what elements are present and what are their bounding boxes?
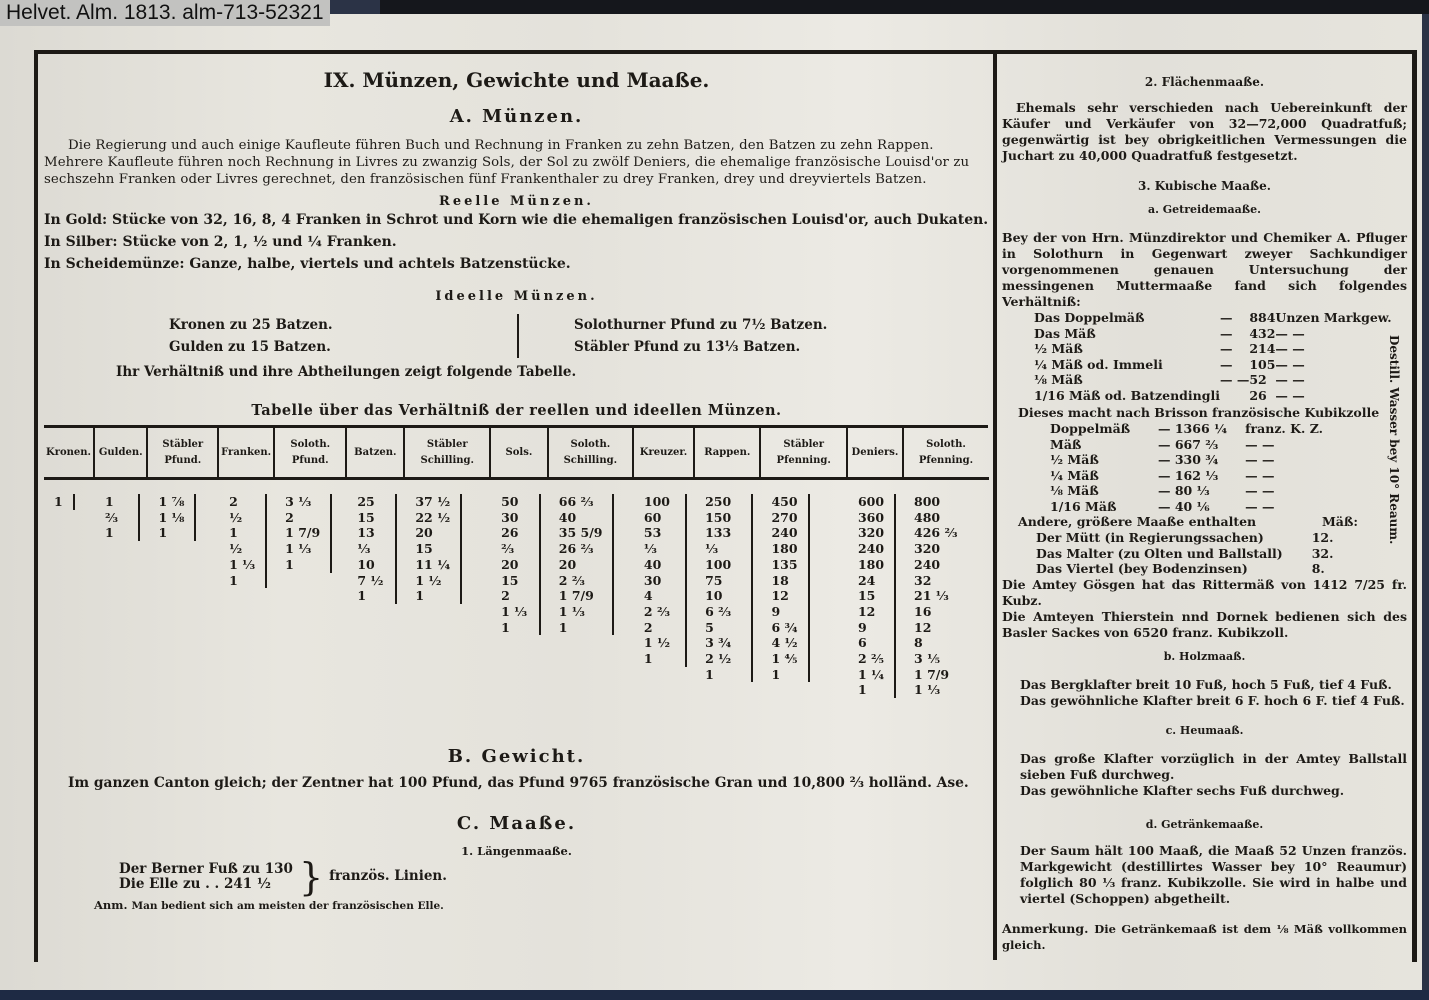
table-cell: 8 xyxy=(914,635,957,651)
table-cell: 40 xyxy=(644,557,675,573)
table-cell: 75 xyxy=(705,573,741,589)
table-column-cell: 1 ⅞1 ⅛1 xyxy=(147,479,218,724)
table-cell: 12 xyxy=(771,588,797,604)
wood-measures-heading: b. Holzmaaß. xyxy=(1002,649,1407,665)
table-cell: 15 xyxy=(415,541,450,557)
table-cell: 2 ⅖ xyxy=(858,651,884,667)
table-cell: 240 xyxy=(914,557,957,573)
table-cell: 320 xyxy=(858,525,884,541)
table-cell: 6 ¾ xyxy=(771,620,797,636)
table-cell-values: 450270240180135181296 ¾4 ½1 ⅘1 xyxy=(771,494,809,682)
measure-value: 80 ⅓ xyxy=(1175,483,1245,499)
table-cell: 9 xyxy=(771,604,797,620)
measure-row: ½ Mäß—330 ¾— — xyxy=(1050,452,1350,468)
section-a-heading: A. Münzen. xyxy=(44,106,989,127)
small-coins-line: In Scheidemünze: Ganze, halbe, viertels … xyxy=(44,253,989,275)
table-column-header: Stäbler Schilling. xyxy=(404,427,490,479)
table-cell: 1 xyxy=(644,651,675,667)
measure-row: Das Viertel (bey Bodenzinsen)8. xyxy=(1036,561,1336,577)
measure-dash xyxy=(1220,388,1249,404)
drink-measures-heading: d. Getränkemaaße. xyxy=(1002,817,1407,833)
table-column-header: Soloth. Pfund. xyxy=(274,427,346,479)
grain-measures-intro: Bey der von Hrn. Münzdirektor und Chemik… xyxy=(1002,230,1407,310)
measure-dash: — xyxy=(1158,437,1175,453)
measure-dash: — xyxy=(1220,326,1249,342)
table-cell: 2 xyxy=(285,510,320,526)
measure-name: Doppelmäß xyxy=(1050,421,1158,437)
measure-name: ½ Mäß xyxy=(1050,452,1158,468)
table-cell: 250 xyxy=(705,494,741,510)
table-cell: 18 xyxy=(771,573,797,589)
table-column-header: Soloth. Pfenning. xyxy=(903,427,988,479)
measure-unit: — — xyxy=(1245,468,1350,484)
area-measures-heading: 2. Flächenmaaße. xyxy=(1002,74,1407,90)
table-cell: 7 ½ xyxy=(357,573,385,589)
table-cell: 2 ½ xyxy=(705,651,741,667)
table-cell: 1 xyxy=(501,620,529,636)
table-cell-values: 800480426 ⅔3202403221 ⅓161283 ⅕1 7/91 ⅓ xyxy=(914,494,967,698)
grain-measures-heading: a. Getreidemaaße. xyxy=(1002,202,1407,218)
hay-measures: Das große Klafter vorzüglich in der Amte… xyxy=(1020,751,1407,799)
table-cell: 1 ⅓ xyxy=(285,541,320,557)
table-column-header: Stäbler Pfund. xyxy=(147,427,218,479)
table-column-header: Gulden. xyxy=(94,427,147,479)
table-cell: 30 xyxy=(501,510,529,526)
table-cell: 12 xyxy=(858,604,884,620)
table-cell-values: 1006053 ⅓403042 ⅔21 ½1 xyxy=(644,494,687,667)
measure-value: 330 ¾ xyxy=(1175,452,1245,468)
table-cell-values: 1 xyxy=(54,494,75,510)
table-cell: 1 xyxy=(415,588,450,604)
table-cell: 1 xyxy=(357,588,385,604)
table-cell: 1 xyxy=(559,620,603,636)
ideal-coin-item: Stäbler Pfund zu 13⅓ Batzen. xyxy=(574,336,827,358)
larger-measures-unit: Mäß: xyxy=(1322,514,1358,530)
measure-dash: — xyxy=(1158,499,1175,515)
measure-value: 40 ⅙ xyxy=(1175,499,1245,515)
ideal-coins-right: Solothurner Pfund zu 7½ Batzen. Stäbler … xyxy=(519,314,827,358)
measure-unit: — — xyxy=(1275,388,1391,404)
table-column-header: Kreuzer. xyxy=(633,427,694,479)
table-cell: 1 ⅓ xyxy=(559,604,603,620)
table-cell: 240 xyxy=(858,541,884,557)
table-cell: 1 ⅘ xyxy=(771,651,797,667)
table-cell: 1 ⅓ xyxy=(501,604,529,620)
table-cell: 2 ⅔ xyxy=(559,573,603,589)
table-cell: 25 xyxy=(357,494,385,510)
table-cell: 1 ⅞ xyxy=(158,494,184,510)
measure-value: 105 xyxy=(1249,357,1275,373)
wood-measure-line: Das gewöhnliche Klafter breit 6 F. hoch … xyxy=(1020,693,1407,709)
gold-coins-line: In Gold: Stücke von 32, 16, 8, 4 Franken… xyxy=(44,209,989,231)
length-list: Der Berner Fuß zu 130 Die Elle zu . . 24… xyxy=(119,862,293,892)
table-column-cell: 3 ⅓21 7/91 ⅓1 xyxy=(274,479,346,724)
measure-unit: — — xyxy=(1245,483,1350,499)
measure-dash: — xyxy=(1158,483,1175,499)
note-text: Man bedient sich am meisten der französi… xyxy=(131,900,443,912)
measure-unit: — — xyxy=(1245,452,1350,468)
table-cell: 12 xyxy=(914,620,957,636)
ounces-table: Das Doppelmäß—884Unzen Markgew.Das Mäß—4… xyxy=(1034,310,1392,403)
table-cell: 1 xyxy=(285,557,320,573)
table-cell: 240 xyxy=(771,525,797,541)
table-cell: 2 ⅔ xyxy=(644,604,675,620)
table-cell-values: 503026 ⅔201521 ⅓1 xyxy=(501,494,541,635)
silver-text: Stücke von 2, 1, ½ und ¼ Franken. xyxy=(122,234,396,250)
scan-background-top xyxy=(380,0,1429,14)
ideal-coin-item: Gulden zu 15 Batzen. xyxy=(169,336,517,358)
measure-name: ⅛ Mäß xyxy=(1050,483,1158,499)
measure-row: ⅛ Mäß—80 ⅓— — xyxy=(1050,483,1350,499)
table-row: 11 ⅔11 ⅞1 ⅛12 ½1 ½1 ⅓13 ⅓21 7/91 ⅓125151… xyxy=(44,479,988,724)
ideal-coins-list: Kronen zu 25 Batzen. Gulden zu 15 Batzen… xyxy=(44,314,989,358)
table-cell: 1 xyxy=(771,667,797,683)
measure-name: 1/16 Mäß xyxy=(1050,499,1158,515)
table-cell: 16 xyxy=(914,604,957,620)
measure-unit: Unzen Markgew. xyxy=(1275,310,1391,326)
table-cell: 22 ½ xyxy=(415,510,450,526)
measure-name: Das Viertel (bey Bodenzinsen) xyxy=(1036,561,1312,577)
real-coins-heading: Reelle Münzen. xyxy=(44,194,989,209)
table-cell: 150 xyxy=(705,510,741,526)
table-cell: 24 xyxy=(858,573,884,589)
table-cell: 450 xyxy=(771,494,797,510)
table-cell: 2 xyxy=(501,588,529,604)
table-cell-values: 1 ⅔1 xyxy=(105,494,140,541)
measure-value: 1366 ¼ xyxy=(1175,421,1245,437)
table-cell-values: 1 ⅞1 ⅛1 xyxy=(158,494,196,541)
table-cell: 20 xyxy=(559,557,603,573)
measure-value: 12. xyxy=(1312,530,1336,546)
table-cell: 37 ½ xyxy=(415,494,450,510)
measure-row: 1/16 Mäß od. Batzendingli26— — xyxy=(1034,388,1392,404)
table-cell-values: 250150133 ⅓10075106 ⅔53 ¾2 ½1 xyxy=(705,494,753,682)
length-item: Die Elle zu . . 241 ½ xyxy=(119,877,293,892)
length-name: Die Elle zu . . xyxy=(119,876,219,892)
table-cell: 13 ⅓ xyxy=(357,525,385,556)
table-cell-values: 600360320240180241512962 ⅖1 ¼1 xyxy=(858,494,896,698)
table-column-cell: 1006053 ⅓403042 ⅔21 ½1 xyxy=(633,479,694,724)
table-column-cell: 2 ½1 ½1 ⅓1 xyxy=(218,479,274,724)
table-cell: 135 xyxy=(771,557,797,573)
table-cell: 1 xyxy=(54,494,63,510)
measure-row: Der Mütt (in Regierungssachen)12. xyxy=(1036,530,1336,546)
table-cell-values: 37 ½22 ½201511 ¼1 ½1 xyxy=(415,494,462,604)
length-value: 130 xyxy=(265,861,293,877)
measure-dash: — xyxy=(1158,468,1175,484)
table-column-cell: 66 ⅔4035 5/926 ⅔202 ⅔1 7/91 ⅓1 xyxy=(548,479,633,724)
table-cell-values: 3 ⅓21 7/91 ⅓1 xyxy=(285,494,332,573)
table-cell: 1 ½ xyxy=(229,525,255,556)
table-cell: 6 ⅔ xyxy=(705,604,741,620)
length-name: Der Berner Fuß zu xyxy=(119,861,260,877)
table-cell: 3 ⅕ xyxy=(914,651,957,667)
hay-measures-heading: c. Heumaaß. xyxy=(1002,723,1407,739)
measure-name: ⅛ Mäß xyxy=(1034,372,1220,388)
table-column-header: Stäbler Pfenning. xyxy=(760,427,847,479)
table-cell: 3 ¾ xyxy=(705,635,741,651)
gold-label: In Gold: xyxy=(44,212,107,228)
hay-measure-line: Das große Klafter vorzüglich in der Amte… xyxy=(1020,751,1407,783)
section-a-intro: Die Regierung und auch einige Kaufleute … xyxy=(44,137,989,188)
table-cell: 9 xyxy=(858,620,884,636)
silver-label: In Silber: xyxy=(44,234,118,250)
measure-dash: — xyxy=(1220,310,1249,326)
table-cell: 1 ½ xyxy=(644,635,675,651)
measure-name: Das Mäß xyxy=(1034,326,1220,342)
larger-measures-table: Der Mütt (in Regierungssachen)12.Das Mal… xyxy=(1036,530,1336,577)
measure-unit: — — xyxy=(1245,499,1350,515)
measure-name: ¼ Mäß od. Immeli xyxy=(1034,357,1220,373)
table-cell: 2 ½ xyxy=(229,494,255,525)
table-cell: 1 ⅓ xyxy=(914,682,957,698)
side-note: Destill. Wasser bey 10° Reaum. xyxy=(1387,335,1401,544)
table-cell: 15 xyxy=(501,573,529,589)
table-cell: 5 xyxy=(705,620,741,636)
table-cell: 1 7/9 xyxy=(914,667,957,683)
table-cell: 4 xyxy=(644,588,675,604)
wood-measure-line: Das Bergklafter breit 10 Fuß, hoch 5 Fuß… xyxy=(1020,677,1407,693)
measure-value: 214 xyxy=(1249,341,1275,357)
column-divider xyxy=(993,52,997,960)
measure-row: Das Malter (zu Olten und Ballstall)32. xyxy=(1036,546,1336,562)
table-cell: 1 7/9 xyxy=(559,588,603,604)
table-cell: 53 ⅓ xyxy=(644,525,675,556)
table-column-cell: 251513 ⅓107 ½1 xyxy=(346,479,404,724)
table-header-row: Kronen.Gulden.Stäbler Pfund.Franken.Solo… xyxy=(44,427,988,479)
length-note: Anm. Man bedient sich am meisten der fra… xyxy=(94,898,989,912)
length-measures-heading: 1. Längenmaaße. xyxy=(44,844,989,858)
table-cell: 800 xyxy=(914,494,957,510)
table-column-cell: 600360320240180241512962 ⅖1 ¼1 xyxy=(847,479,903,724)
section-b-heading: B. Gewicht. xyxy=(44,746,989,767)
table-cell: 60 xyxy=(644,510,675,526)
measure-name: Das Malter (zu Olten und Ballstall) xyxy=(1036,546,1312,562)
table-column-header: Kronen. xyxy=(44,427,94,479)
length-item: Der Berner Fuß zu 130 xyxy=(119,862,293,877)
measure-dash: — xyxy=(1158,452,1175,468)
table-cell: 50 xyxy=(501,494,529,510)
section-c-heading: C. Maaße. xyxy=(44,813,989,834)
table-title: Tabelle über das Verhältniß der reellen … xyxy=(44,402,989,419)
left-column: IX. Münzen, Gewichte und Maaße. A. Münze… xyxy=(44,60,989,912)
table-cell: 1 xyxy=(858,682,884,698)
measure-name: 1/16 Mäß od. Batzendingli xyxy=(1034,388,1220,404)
length-value: 241 ½ xyxy=(224,876,271,892)
measure-name: Mäß xyxy=(1050,437,1158,453)
length-measures: Der Berner Fuß zu 130 Die Elle zu . . 24… xyxy=(119,862,989,892)
table-column-header: Rappen. xyxy=(694,427,760,479)
table-column-cell: 37 ½22 ½201511 ¼1 ½1 xyxy=(404,479,490,724)
measure-name: Der Mütt (in Regierungssachen) xyxy=(1036,530,1312,546)
table-cell: 4 ½ xyxy=(771,635,797,651)
table-cell: 26 ⅔ xyxy=(559,541,603,557)
table-column-cell: 250150133 ⅓10075106 ⅔53 ¾2 ½1 xyxy=(694,479,760,724)
scan-background-bottom xyxy=(0,990,1429,1000)
table-cell: 1 xyxy=(229,573,255,589)
table-column-cell: 800480426 ⅔3202403221 ⅓161283 ⅕1 7/91 ⅓ xyxy=(903,479,988,724)
table-cell: 2 xyxy=(644,620,675,636)
page-title: IX. Münzen, Gewichte und Maaße. xyxy=(44,68,989,92)
wood-measures: Das Bergklafter breit 10 Fuß, hoch 5 Fuß… xyxy=(1020,677,1407,709)
goesgen-line: Die Amtey Gösgen hat das Rittermäß von 1… xyxy=(1002,577,1407,609)
measure-unit: — — xyxy=(1245,437,1350,453)
measure-row: ⅛ Mäß— —52— — xyxy=(1034,372,1392,388)
right-column: 2. Flächenmaaße. Ehemals sehr verschiede… xyxy=(1002,60,1407,953)
table-cell-values: 66 ⅔4035 5/926 ⅔202 ⅔1 7/91 ⅓1 xyxy=(559,494,615,635)
table-cell: 1 7/9 xyxy=(285,525,320,541)
measure-unit: franz. K. Z. xyxy=(1245,421,1350,437)
measure-value: 667 ⅔ xyxy=(1175,437,1245,453)
larger-measures-intro: Andere, größere Maaße enthalten Mäß: xyxy=(1018,514,1358,530)
table-cell: 32 xyxy=(914,573,957,589)
measure-value: 32. xyxy=(1312,546,1336,562)
silver-coins-line: In Silber: Stücke von 2, 1, ½ und ¼ Fran… xyxy=(44,231,989,253)
section-b-text: Im ganzen Canton gleich; der Zentner hat… xyxy=(68,775,989,791)
table-cell: 1 ¼ xyxy=(858,667,884,683)
table-cell: 133 ⅓ xyxy=(705,525,741,556)
table-cell: 1 xyxy=(105,525,128,541)
table-cell: 6 xyxy=(858,635,884,651)
table-column-header: Franken. xyxy=(218,427,274,479)
measure-row: Mäß—667 ⅔— — xyxy=(1050,437,1350,453)
table-cell: 11 ¼ xyxy=(415,557,450,573)
table-cell: 1 ⅛ xyxy=(158,510,184,526)
measure-unit: — — xyxy=(1275,341,1391,357)
ideal-coins-left: Kronen zu 25 Batzen. Gulden zu 15 Batzen… xyxy=(44,314,519,358)
larger-measures-text: Andere, größere Maaße enthalten xyxy=(1018,514,1256,530)
table-cell: 15 xyxy=(357,510,385,526)
table-cell: 1 ⅔ xyxy=(105,494,128,525)
table-cell: 1 ⅓ xyxy=(229,557,255,573)
table-cell: 40 xyxy=(559,510,603,526)
coin-ratio-table: Kronen.Gulden.Stäbler Pfund.Franken.Solo… xyxy=(44,425,989,724)
small-coins-text: Ganze, halbe, viertels und achtels Batze… xyxy=(189,256,570,272)
drink-measures-text: Der Saum hält 100 Maaß, die Maaß 52 Unze… xyxy=(1020,843,1407,907)
measure-value: 884 xyxy=(1249,310,1275,326)
table-cell: 180 xyxy=(771,541,797,557)
hay-measure-line: Das gewöhnliche Klafter sechs Fuß durchw… xyxy=(1020,783,1407,799)
table-cell: 30 xyxy=(644,573,675,589)
measure-row: 1/16 Mäß—40 ⅙— — xyxy=(1050,499,1350,515)
drink-note: Anmerkung. Die Getränkemaaß ist dem ⅛ Mä… xyxy=(1002,921,1407,953)
table-cell: 360 xyxy=(858,510,884,526)
table-column-header: Sols. xyxy=(490,427,548,479)
ideal-coin-item: Solothurner Pfund zu 7½ Batzen. xyxy=(574,314,827,336)
brisson-intro: Dieses macht nach Brisson französische K… xyxy=(1018,405,1407,421)
note-label: Anm. xyxy=(94,898,127,912)
measure-name: ½ Mäß xyxy=(1034,341,1220,357)
table-cell: 1 ½ xyxy=(415,573,450,589)
table-cell: 66 ⅔ xyxy=(559,494,603,510)
area-measures-text: Ehemals sehr verschieden nach Uebereinku… xyxy=(1002,100,1407,164)
table-column-header: Soloth. Schilling. xyxy=(548,427,633,479)
table-column-header: Batzen. xyxy=(346,427,404,479)
measure-name: ¼ Mäß xyxy=(1050,468,1158,484)
archive-label: Helvet. Alm. 1813. alm-713-52321 xyxy=(0,0,330,26)
table-cell: 20 xyxy=(415,525,450,541)
table-cell: 3 ⅓ xyxy=(285,494,320,510)
ideal-coin-item: Kronen zu 25 Batzen. xyxy=(169,314,517,336)
measure-row: ¼ Mäß—162 ⅓— — xyxy=(1050,468,1350,484)
drink-note-label: Anmerkung. xyxy=(1002,921,1088,936)
measure-value: 8. xyxy=(1312,561,1336,577)
measure-dash: — — xyxy=(1220,372,1249,388)
table-cell: 21 ⅓ xyxy=(914,588,957,604)
measure-row: Das Doppelmäß—884Unzen Markgew. xyxy=(1034,310,1392,326)
measure-value: 432 xyxy=(1249,326,1275,342)
table-cell: 15 xyxy=(858,588,884,604)
table-cell: 426 ⅔ xyxy=(914,525,957,541)
measure-dash: — xyxy=(1220,341,1249,357)
measure-value: 26 xyxy=(1249,388,1275,404)
measure-unit: — — xyxy=(1275,372,1391,388)
brisson-table: Doppelmäß—1366 ¼franz. K. Z.Mäß—667 ⅔— —… xyxy=(1050,421,1350,514)
measure-dash: — xyxy=(1220,357,1249,373)
table-cell: 320 xyxy=(914,541,957,557)
measure-row: Das Mäß—432— — xyxy=(1034,326,1392,342)
thierstein-line: Die Amteyen Thierstein nnd Dornek bedien… xyxy=(1002,609,1407,641)
table-cell: 100 xyxy=(644,494,675,510)
measure-row: ¼ Mäß od. Immeli—105— — xyxy=(1034,357,1392,373)
measure-value: 162 ⅓ xyxy=(1175,468,1245,484)
cubic-measures-heading: 3. Kubische Maaße. xyxy=(1002,178,1407,194)
table-cell: 26 ⅔ xyxy=(501,525,529,556)
table-cell: 10 xyxy=(705,588,741,604)
measure-row: ½ Mäß—214— — xyxy=(1034,341,1392,357)
measure-unit: — — xyxy=(1275,326,1391,342)
table-cell-values: 2 ½1 ½1 ⅓1 xyxy=(229,494,267,588)
curly-brace-icon: } xyxy=(299,862,323,892)
measure-unit: — — xyxy=(1275,357,1391,373)
table-cell: 1 xyxy=(158,525,184,541)
measure-dash: — xyxy=(1158,421,1175,437)
table-cell: 35 5/9 xyxy=(559,525,603,541)
table-intro: Ihr Verhältniß und ihre Abtheilungen zei… xyxy=(116,364,989,380)
table-cell: 600 xyxy=(858,494,884,510)
measure-row: Doppelmäß—1366 ¼franz. K. Z. xyxy=(1050,421,1350,437)
table-cell: 180 xyxy=(858,557,884,573)
length-unit: französ. Linien. xyxy=(329,869,447,884)
table-column-cell: 1 ⅔1 xyxy=(94,479,147,724)
table-column-cell: 503026 ⅔201521 ⅓1 xyxy=(490,479,548,724)
measure-value: 52 xyxy=(1249,372,1275,388)
small-coins-label: In Scheidemünze: xyxy=(44,256,185,272)
table-cell: 100 xyxy=(705,557,741,573)
ideal-coins-heading: Ideelle Münzen. xyxy=(44,289,989,304)
measure-name: Das Doppelmäß xyxy=(1034,310,1220,326)
table-column-cell: 1 xyxy=(44,479,94,724)
table-cell: 1 xyxy=(705,667,741,683)
gold-text: Stücke von 32, 16, 8, 4 Franken in Schro… xyxy=(112,212,988,228)
table-cell: 270 xyxy=(771,510,797,526)
table-cell: 480 xyxy=(914,510,957,526)
table-cell: 20 xyxy=(501,557,529,573)
table-column-header: Deniers. xyxy=(847,427,903,479)
table-cell-values: 251513 ⅓107 ½1 xyxy=(357,494,397,604)
table-cell: 10 xyxy=(357,557,385,573)
table-column-cell: 450270240180135181296 ¾4 ½1 ⅘1 xyxy=(760,479,847,724)
